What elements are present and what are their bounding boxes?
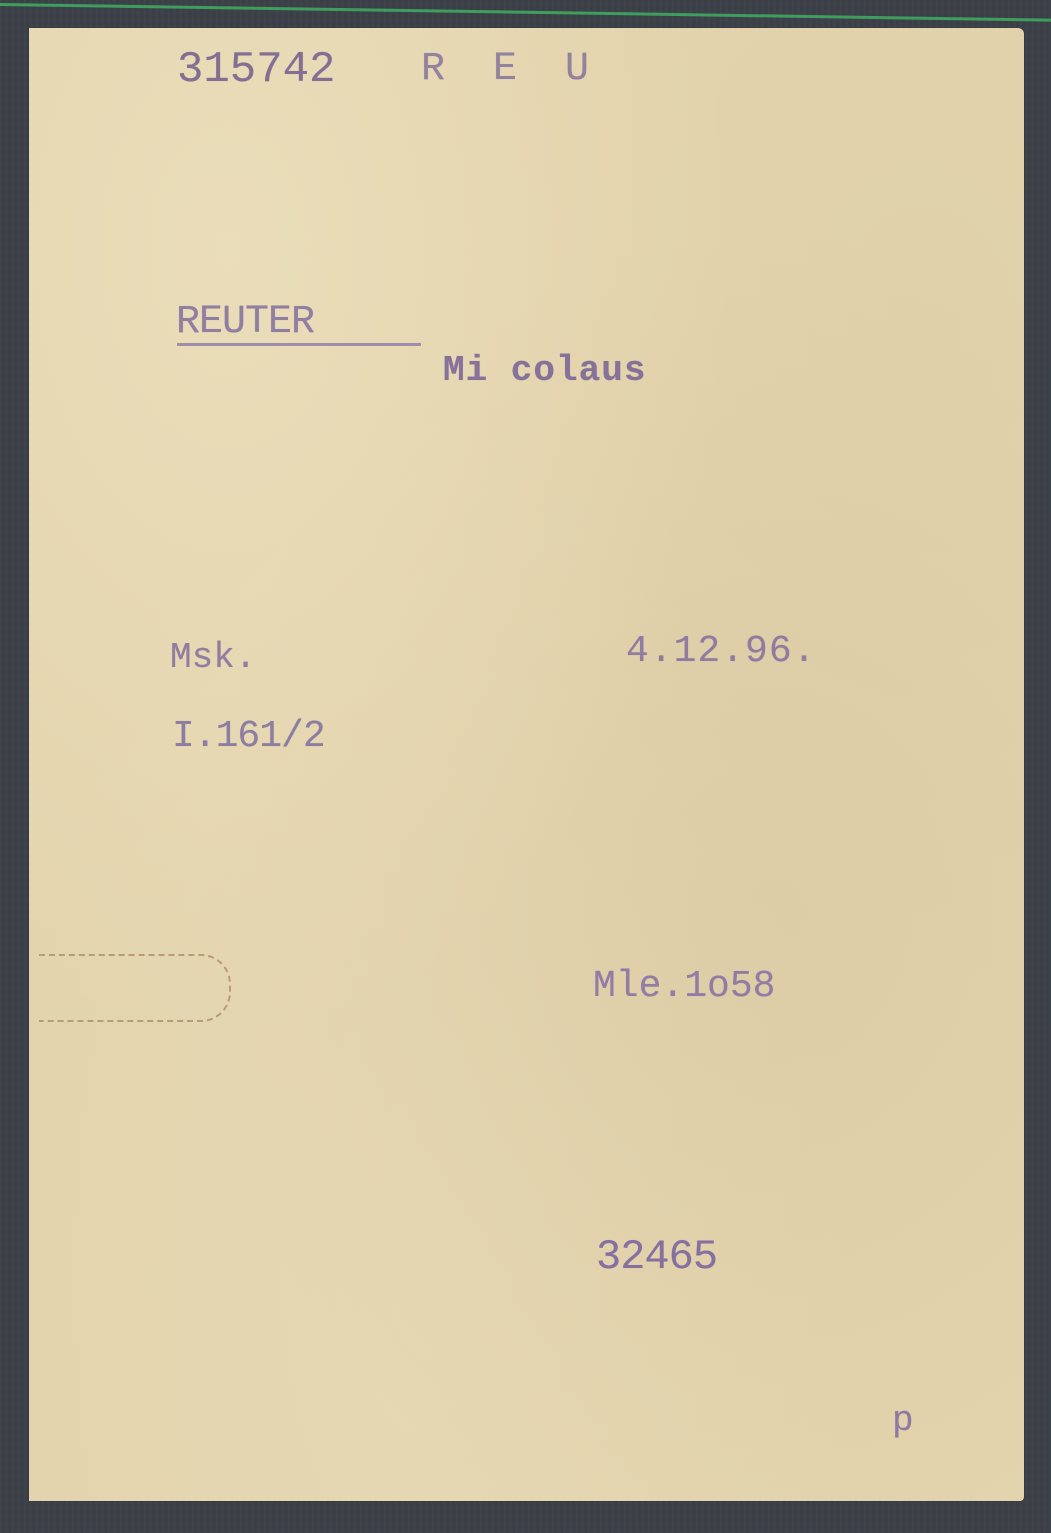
place: Msk. [170, 640, 256, 676]
index-card: 315742 R E U REUTER Mi colaus Msk. 4.12.… [29, 28, 1024, 1501]
scanner-edge-line [0, 3, 1051, 22]
initial-mark: p [892, 1403, 914, 1439]
first-name: Mi colaus [443, 353, 646, 389]
code-letters: R E U [421, 50, 589, 90]
date: 4.12.96. [626, 633, 816, 671]
surname-underline [177, 343, 421, 346]
paperclip-rust-mark [39, 954, 231, 1022]
mle-number: Mle.1o58 [593, 968, 775, 1006]
record-number: 32465 [596, 1236, 717, 1278]
reference-number: I.161/2 [172, 718, 325, 756]
surname: REUTER [176, 303, 314, 343]
serial-number: 315742 [177, 48, 335, 92]
